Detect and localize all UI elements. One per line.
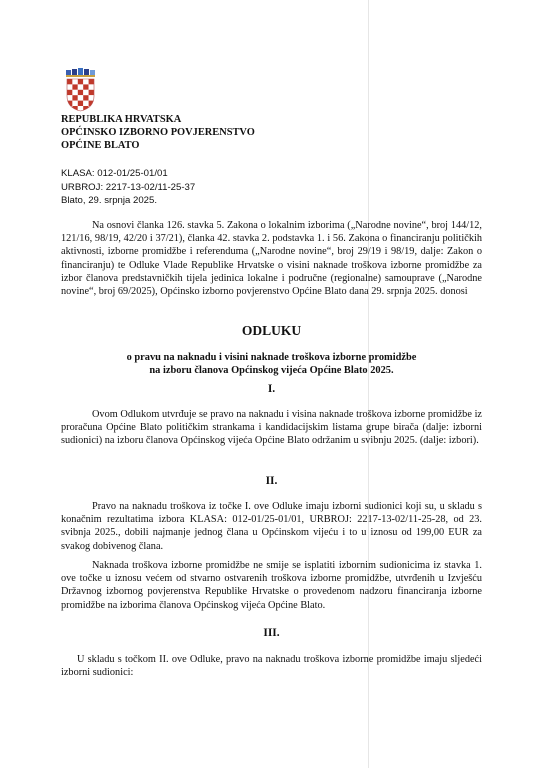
section-heading-2: II. [61, 475, 482, 487]
issuer-body: OPĆINSKO IZBORNO POVJERENSTVO [61, 126, 255, 139]
issuer-municipality: OPĆINE BLATO [61, 139, 255, 152]
document-title: ODLUKU [61, 323, 482, 339]
section-1-paragraph-1: Ovom Odlukom utvrđuje se pravo na naknad… [61, 408, 482, 448]
section-heading-1: I. [61, 383, 482, 395]
section-3-paragraph-1: U skladu s točkom II. ove Odluke, pravo … [61, 653, 482, 679]
section-2-paragraph-1: Pravo na naknadu troškova iz točke I. ov… [61, 500, 482, 553]
urbroj: URBROJ: 2217-13-02/11-25-37 [61, 181, 195, 195]
issuer-header: REPUBLIKA HRVATSKA OPĆINSKO IZBORNO POVJ… [61, 113, 255, 152]
klasa: KLASA: 012-01/25-01/01 [61, 167, 195, 181]
croatian-coat-of-arms-icon [64, 68, 96, 112]
preamble: Na osnovi članka 126. stavka 5. Zakona o… [61, 219, 482, 298]
place-date: Blato, 29. srpnja 2025. [61, 194, 195, 208]
document-subtitle: o pravu na naknadu i visini naknade troš… [61, 351, 482, 377]
subtitle-line-2: na izboru članova Općinskog vijeća Općin… [61, 364, 482, 377]
section-heading-3: III. [61, 627, 482, 639]
subtitle-line-1: o pravu na naknadu i visini naknade troš… [61, 351, 482, 364]
section-2-paragraph-2: Naknada troškova izborne promidžbe ne sm… [61, 559, 482, 612]
document-reference: KLASA: 012-01/25-01/01 URBROJ: 2217-13-0… [61, 167, 195, 208]
issuer-country: REPUBLIKA HRVATSKA [61, 113, 255, 126]
